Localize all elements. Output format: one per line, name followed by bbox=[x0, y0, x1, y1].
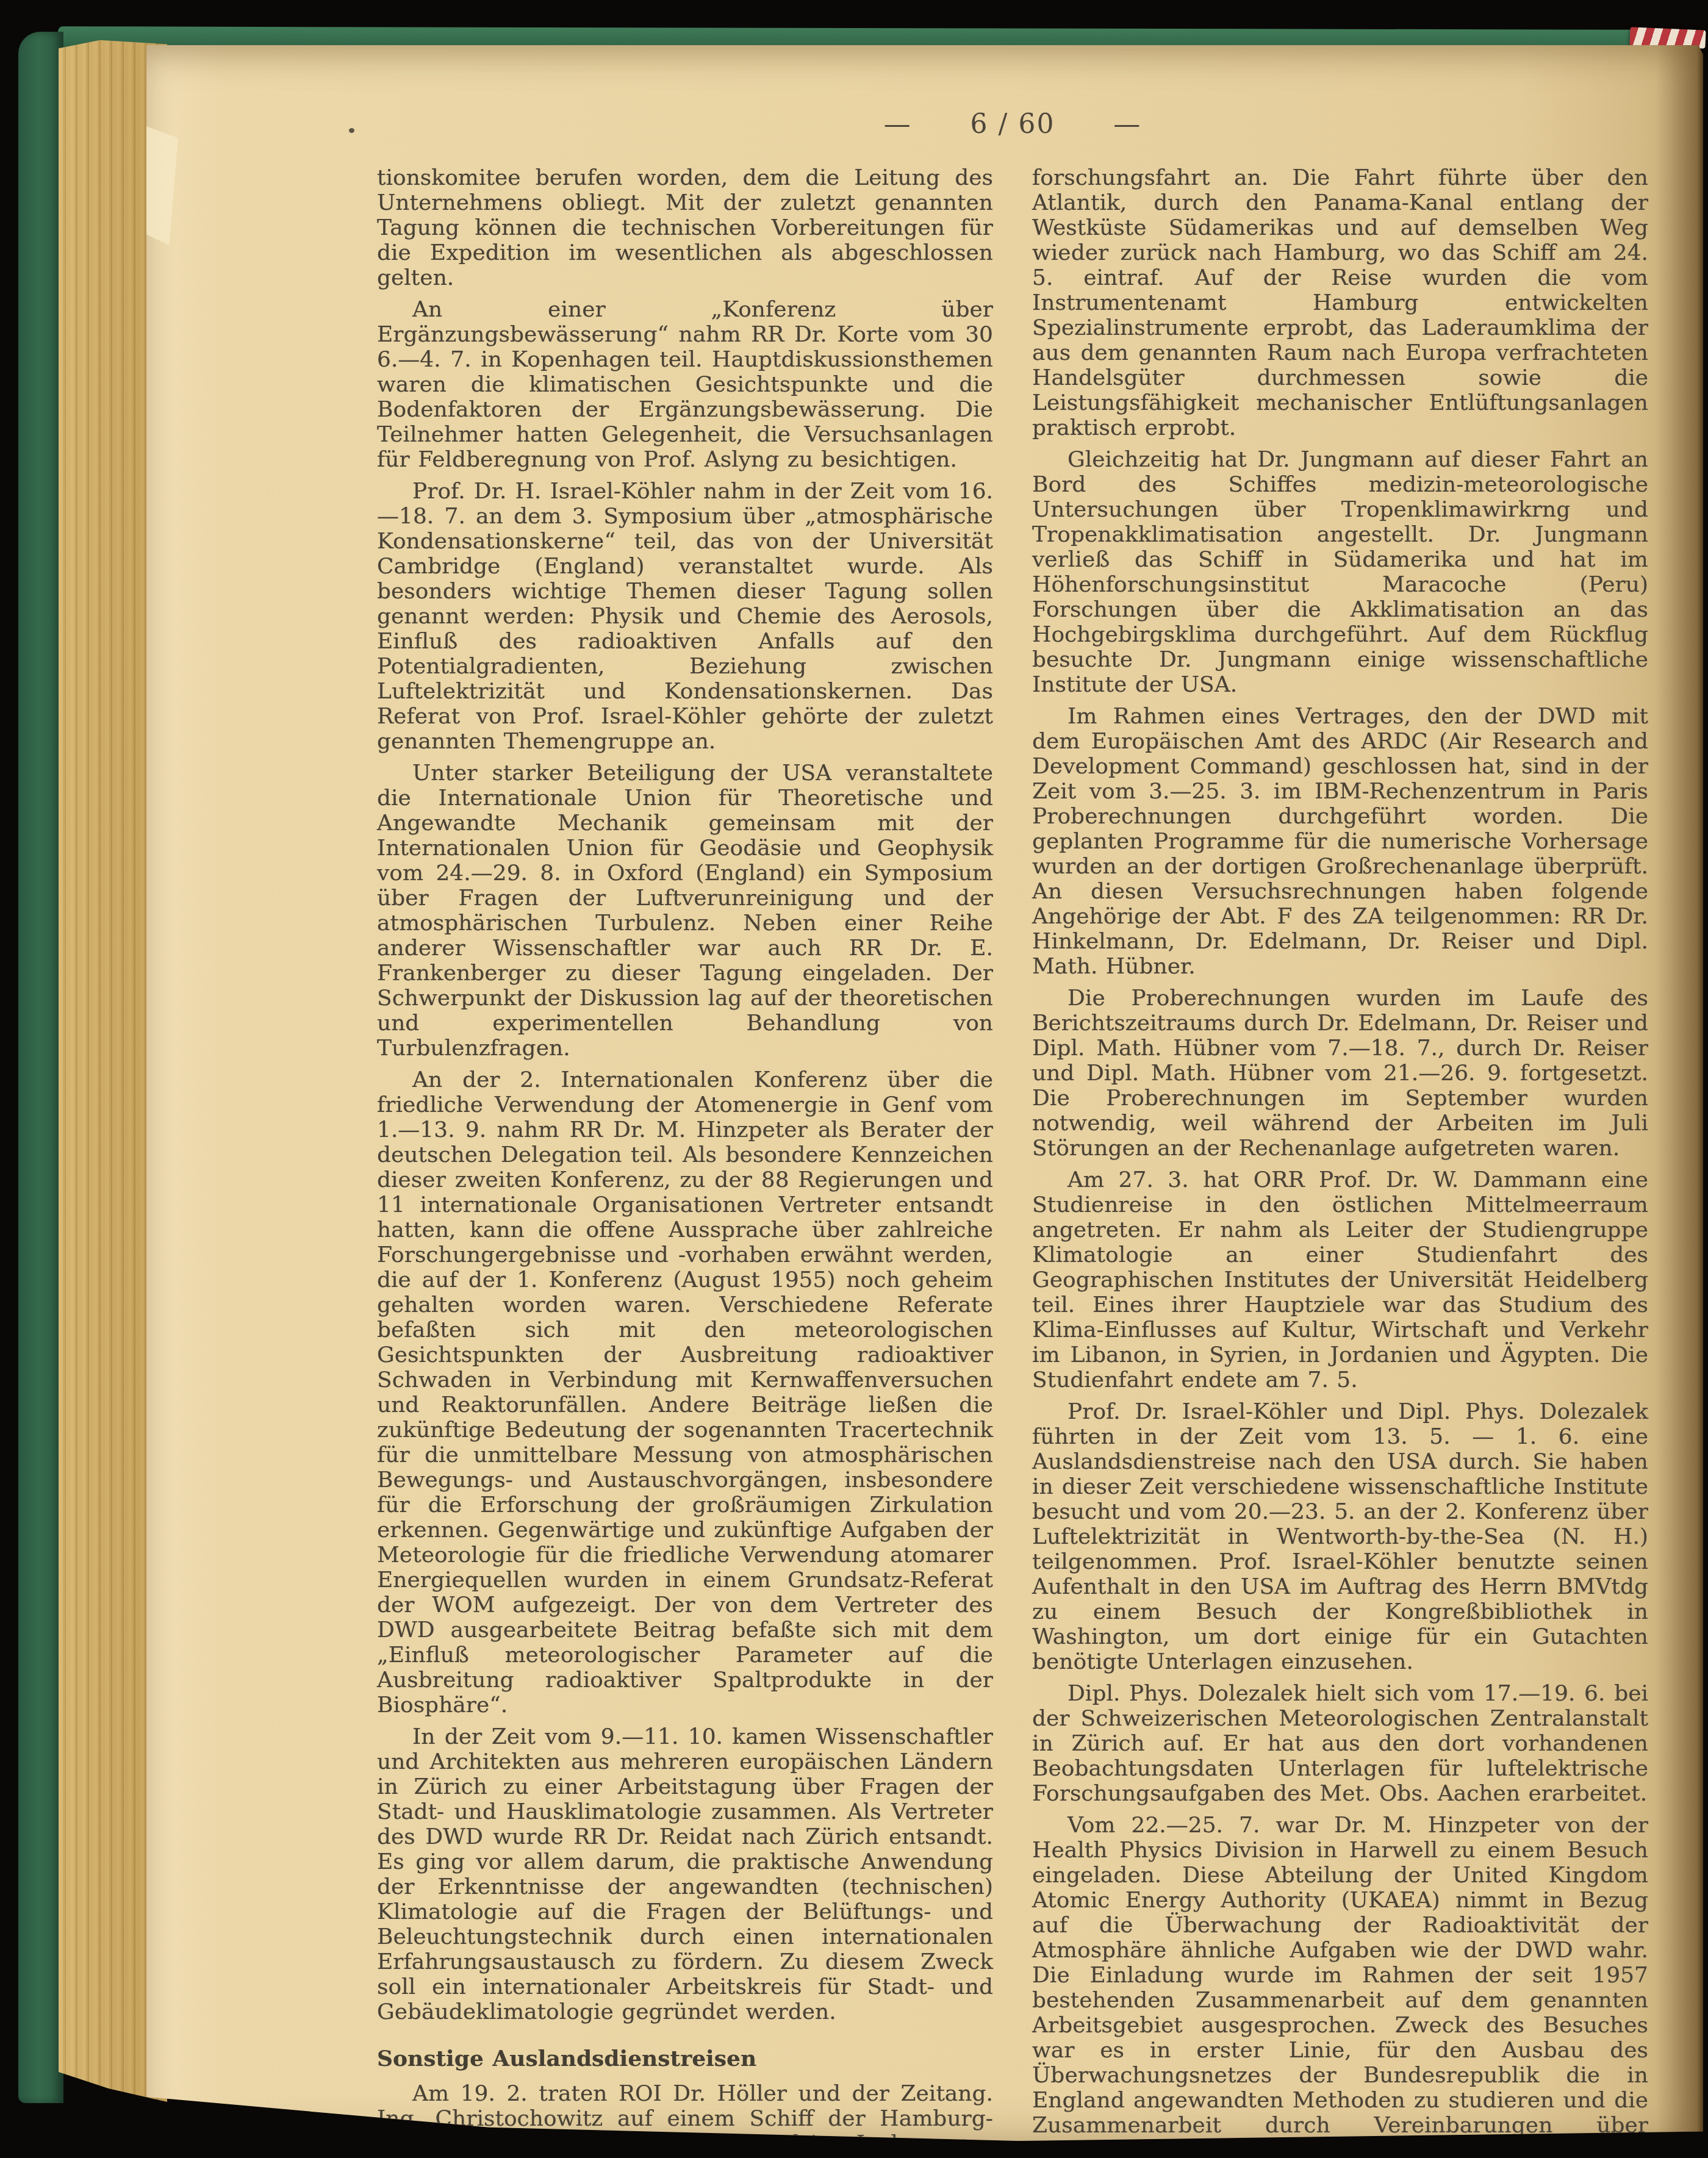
paragraph: Die Proberechnungen wurden im Laufe des … bbox=[1032, 986, 1648, 1161]
paragraph: Vom 22.—25. 7. war Dr. M. Hinzpeter von … bbox=[1032, 1813, 1648, 2158]
paragraph: In der Zeit vom 9.—11. 10. kamen Wissens… bbox=[377, 1724, 993, 2024]
paragraph: Am 19. 2. traten ROI Dr. Höller und der … bbox=[377, 2081, 993, 2156]
paragraph: tionskomitee berufen worden, dem die Lei… bbox=[377, 165, 993, 290]
paragraph: Prof. Dr. Israel-Köhler und Dipl. Phys. … bbox=[1032, 1399, 1648, 1674]
paragraph: Am 27. 3. hat ORR Prof. Dr. W. Dammann e… bbox=[1032, 1167, 1648, 1393]
ink-speck bbox=[349, 128, 354, 133]
paragraph: Prof. Dr. H. Israel-Köhler nahm in der Z… bbox=[377, 479, 993, 754]
text-block: — 6 / 60 — tionskomitee berufen worden, … bbox=[377, 109, 1648, 2158]
paragraph: Im Rahmen eines Vertrages, den der DWD m… bbox=[1032, 704, 1648, 979]
book-page: — 6 / 60 — tionskomitee berufen worden, … bbox=[146, 45, 1703, 2141]
paragraph: An der 2. Internationalen Konferenz über… bbox=[377, 1067, 993, 1718]
right-column: forschungsfahrt an. Die Fahrt führte übe… bbox=[1032, 165, 1648, 2158]
paragraph: An einer „Konferenz über Ergänzungsbewäs… bbox=[377, 297, 993, 472]
left-column: tionskomitee berufen worden, dem die Lei… bbox=[377, 165, 993, 2158]
scanned-book-page: — 6 / 60 — tionskomitee berufen worden, … bbox=[0, 0, 1708, 2158]
page-number: — 6 / 60 — bbox=[377, 109, 1648, 140]
two-column-layout: tionskomitee berufen worden, dem die Lei… bbox=[377, 165, 1648, 2158]
section-heading: Sonstige Auslandsdienstreisen bbox=[377, 2046, 993, 2071]
paragraph: forschungsfahrt an. Die Fahrt führte übe… bbox=[1032, 165, 1648, 440]
paragraph: Unter starker Beteiligung der USA verans… bbox=[377, 761, 993, 1061]
paragraph: Dipl. Phys. Dolezalek hielt sich vom 17.… bbox=[1032, 1681, 1648, 1806]
book-cover-left-edge bbox=[18, 32, 63, 2103]
paragraph: Gleichzeitig hat Dr. Jungmann auf dieser… bbox=[1032, 447, 1648, 697]
